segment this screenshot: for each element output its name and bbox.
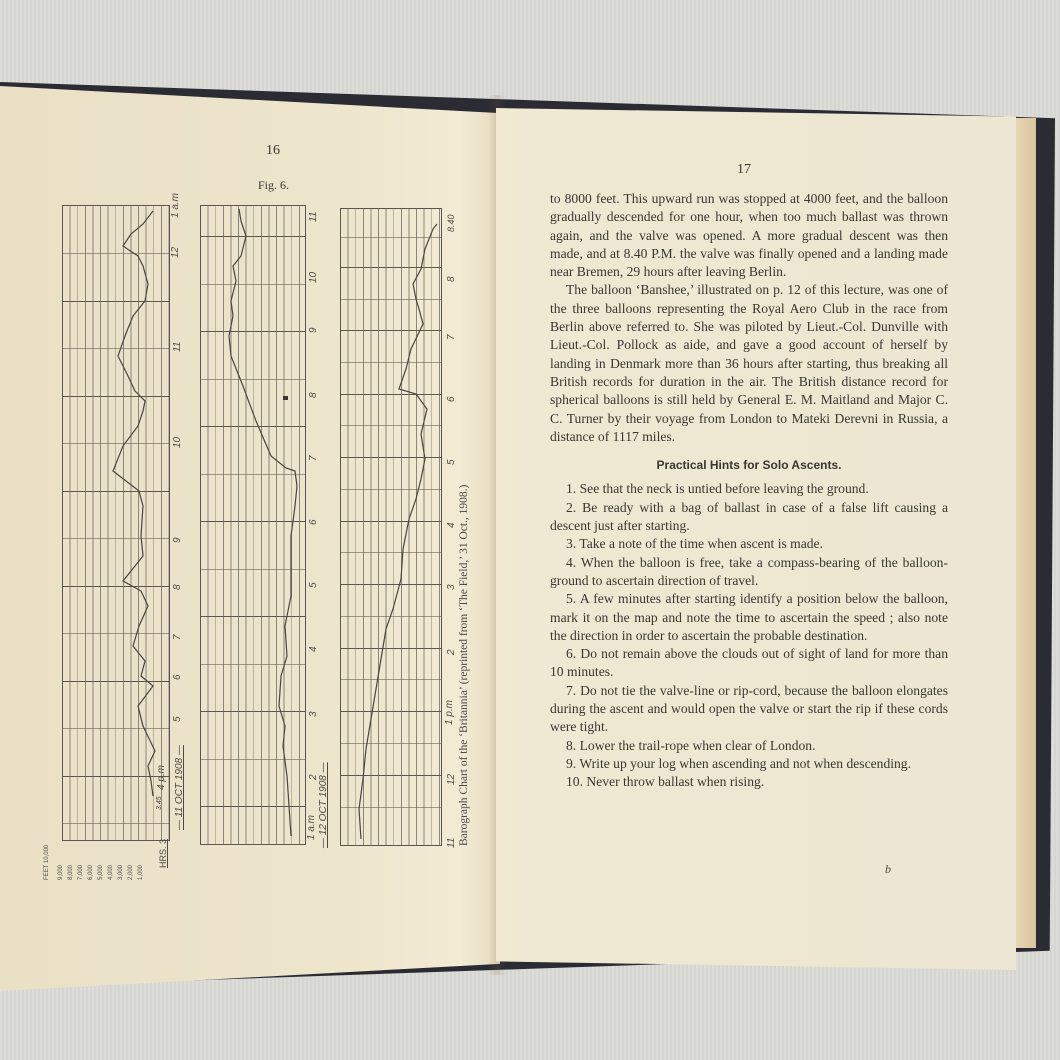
tick-chart2-1am: 1 a.m (306, 815, 317, 840)
tick-chart3-6: 6 (446, 396, 457, 402)
tick-chart3-1pm: 1 p.m (444, 700, 455, 725)
tick-chart1-11: 11 (172, 342, 183, 352)
hint-item: 3. Take a note of the time when ascent i… (550, 535, 948, 553)
paragraph: The balloon ‘Banshee,’ illustrated on p.… (550, 281, 948, 446)
hint-item: 2. Be ready with a bag of ballast in cas… (550, 499, 948, 536)
altitude-trace-1 (63, 206, 169, 840)
hint-item: 7. Do not tie the valve-line or rip-cord… (550, 682, 948, 737)
tick-chart1-4pm: 4 p.m (156, 765, 167, 790)
tick-chart2-10: 10 (308, 272, 319, 283)
tick-chart2-11: 11 (308, 212, 319, 222)
altitude-trace-3 (341, 209, 441, 845)
tick-chart1-6: 6 (172, 674, 183, 680)
page-number-left: 16 (266, 143, 280, 159)
tick-chart2-7: 7 (308, 455, 319, 461)
figure-caption: Barograph Chart of the ‘Britannia’ (repr… (458, 485, 470, 846)
tick-chart3-end: 8.40 (446, 214, 456, 232)
tick-chart1-12: 12 (170, 247, 181, 258)
start-time-note: 3.45 (156, 796, 163, 810)
tick-chart1-10: 10 (172, 437, 183, 448)
tick-chart3-4: 4 (446, 522, 457, 528)
date-label-11-oct: — 11 OCT 1908 — (174, 745, 185, 830)
tick-chart2-5: 5 (308, 582, 319, 588)
tick-chart3-3: 3 (446, 584, 457, 590)
hint-item: 9. Write up your log when ascending and … (550, 755, 948, 773)
tick-chart2-9: 9 (308, 327, 319, 333)
hint-item: 6. Do not remain above the clouds out of… (550, 645, 948, 682)
barograph-chart-12-oct-afternoon (340, 208, 442, 846)
tick-chart3-7: 7 (446, 334, 457, 340)
hint-item: 4. When the balloon is free, take a comp… (550, 554, 948, 591)
barograph-chart-12-oct (200, 205, 306, 845)
tick-chart3-5: 5 (446, 459, 457, 465)
tick-chart1-1am: 1 a.m (170, 193, 181, 218)
tick-chart2-4: 4 (308, 646, 319, 652)
tick-chart3-2: 2 (446, 649, 457, 655)
tick-chart1-5: 5 (172, 716, 183, 722)
section-heading: Practical Hints for Solo Ascents. (550, 456, 948, 474)
figure-label: Fig. 6. (258, 178, 289, 193)
paragraph: to 8000 feet. This upward run was stoppe… (550, 190, 948, 281)
hours-label: HRS. 3 (158, 839, 168, 868)
date-label-12-oct: — 12 OCT 1908 — (318, 762, 329, 848)
hint-item: 1. See that the neck is untied before le… (550, 480, 948, 498)
body-text: to 8000 feet. This upward run was stoppe… (550, 190, 948, 792)
page-edges (1014, 118, 1036, 948)
hint-item: 5. A few minutes after starting identify… (550, 590, 948, 645)
hint-item: 8. Lower the trail-rope when clear of Lo… (550, 737, 948, 755)
hint-item: 10. Never throw ballast when rising. (550, 773, 948, 791)
tick-chart3-8: 8 (446, 276, 457, 282)
tick-chart2-3: 3 (308, 711, 319, 717)
tick-chart2-6: 6 (308, 519, 319, 525)
altitude-trace-2 (201, 206, 305, 844)
page-number-right: 17 (737, 162, 751, 178)
tick-chart1-9: 9 (172, 537, 183, 543)
barograph-chart-11-oct (62, 205, 170, 841)
tick-chart3-11: 11 (446, 838, 457, 848)
tick-chart2-8: 8 (308, 392, 319, 398)
signature-mark: b (885, 862, 891, 877)
tick-chart1-7: 7 (172, 634, 183, 640)
tick-chart3-12: 12 (446, 774, 457, 785)
tick-chart1-8: 8 (172, 584, 183, 590)
